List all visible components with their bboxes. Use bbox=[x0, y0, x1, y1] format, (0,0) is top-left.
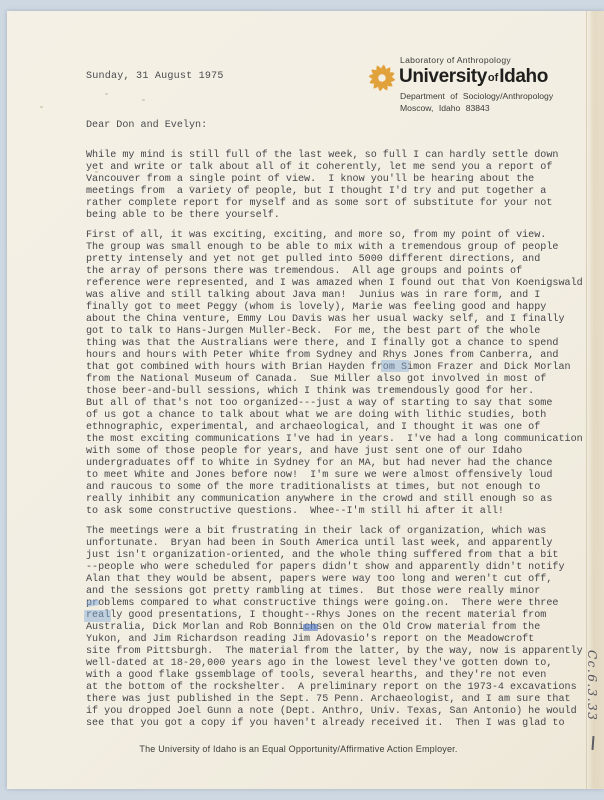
letter-footer: The University of Idaho is an Equal Oppo… bbox=[0, 744, 597, 754]
university-of: of bbox=[488, 72, 498, 84]
letter-paragraph: First of all, it was exciting, exciting,… bbox=[86, 230, 598, 518]
letter-paragraph: The meetings were a bit frustrating in t… bbox=[86, 526, 598, 730]
paper-speck bbox=[40, 106, 43, 108]
letter-date: Sunday, 31 August 1975 bbox=[86, 71, 224, 82]
letterhead-department-line: Department of Sociology/Anthropology bbox=[400, 91, 553, 101]
letterhead-lab-line: Laboratory of Anthropology bbox=[400, 55, 511, 65]
letter-salutation: Dear Don and Evelyn: bbox=[86, 120, 207, 131]
highlight-mark-prob bbox=[84, 610, 111, 622]
university-logo-sunburst-icon bbox=[366, 62, 398, 94]
university-word: University bbox=[399, 66, 487, 87]
paper-speck bbox=[142, 99, 145, 101]
scanned-letter-page: Sunday, 31 August 1975 Laboratory of Ant… bbox=[0, 0, 604, 800]
letter-paragraph: While my mind is still full of the last … bbox=[86, 150, 598, 222]
paper-speck bbox=[105, 93, 108, 95]
letter-body: While my mind is still full of the last … bbox=[86, 150, 598, 738]
letterhead-address-line: Moscow, Idaho 83843 bbox=[400, 103, 490, 113]
highlight-mark-dashes bbox=[303, 624, 318, 631]
letterhead-university-name: UniversityofIdaho bbox=[399, 66, 548, 88]
handwritten-archive-number: Cc.6.3.33 bbox=[585, 650, 599, 721]
highlight-mark-rhys bbox=[381, 360, 409, 372]
idaho-word: Idaho bbox=[499, 66, 548, 87]
